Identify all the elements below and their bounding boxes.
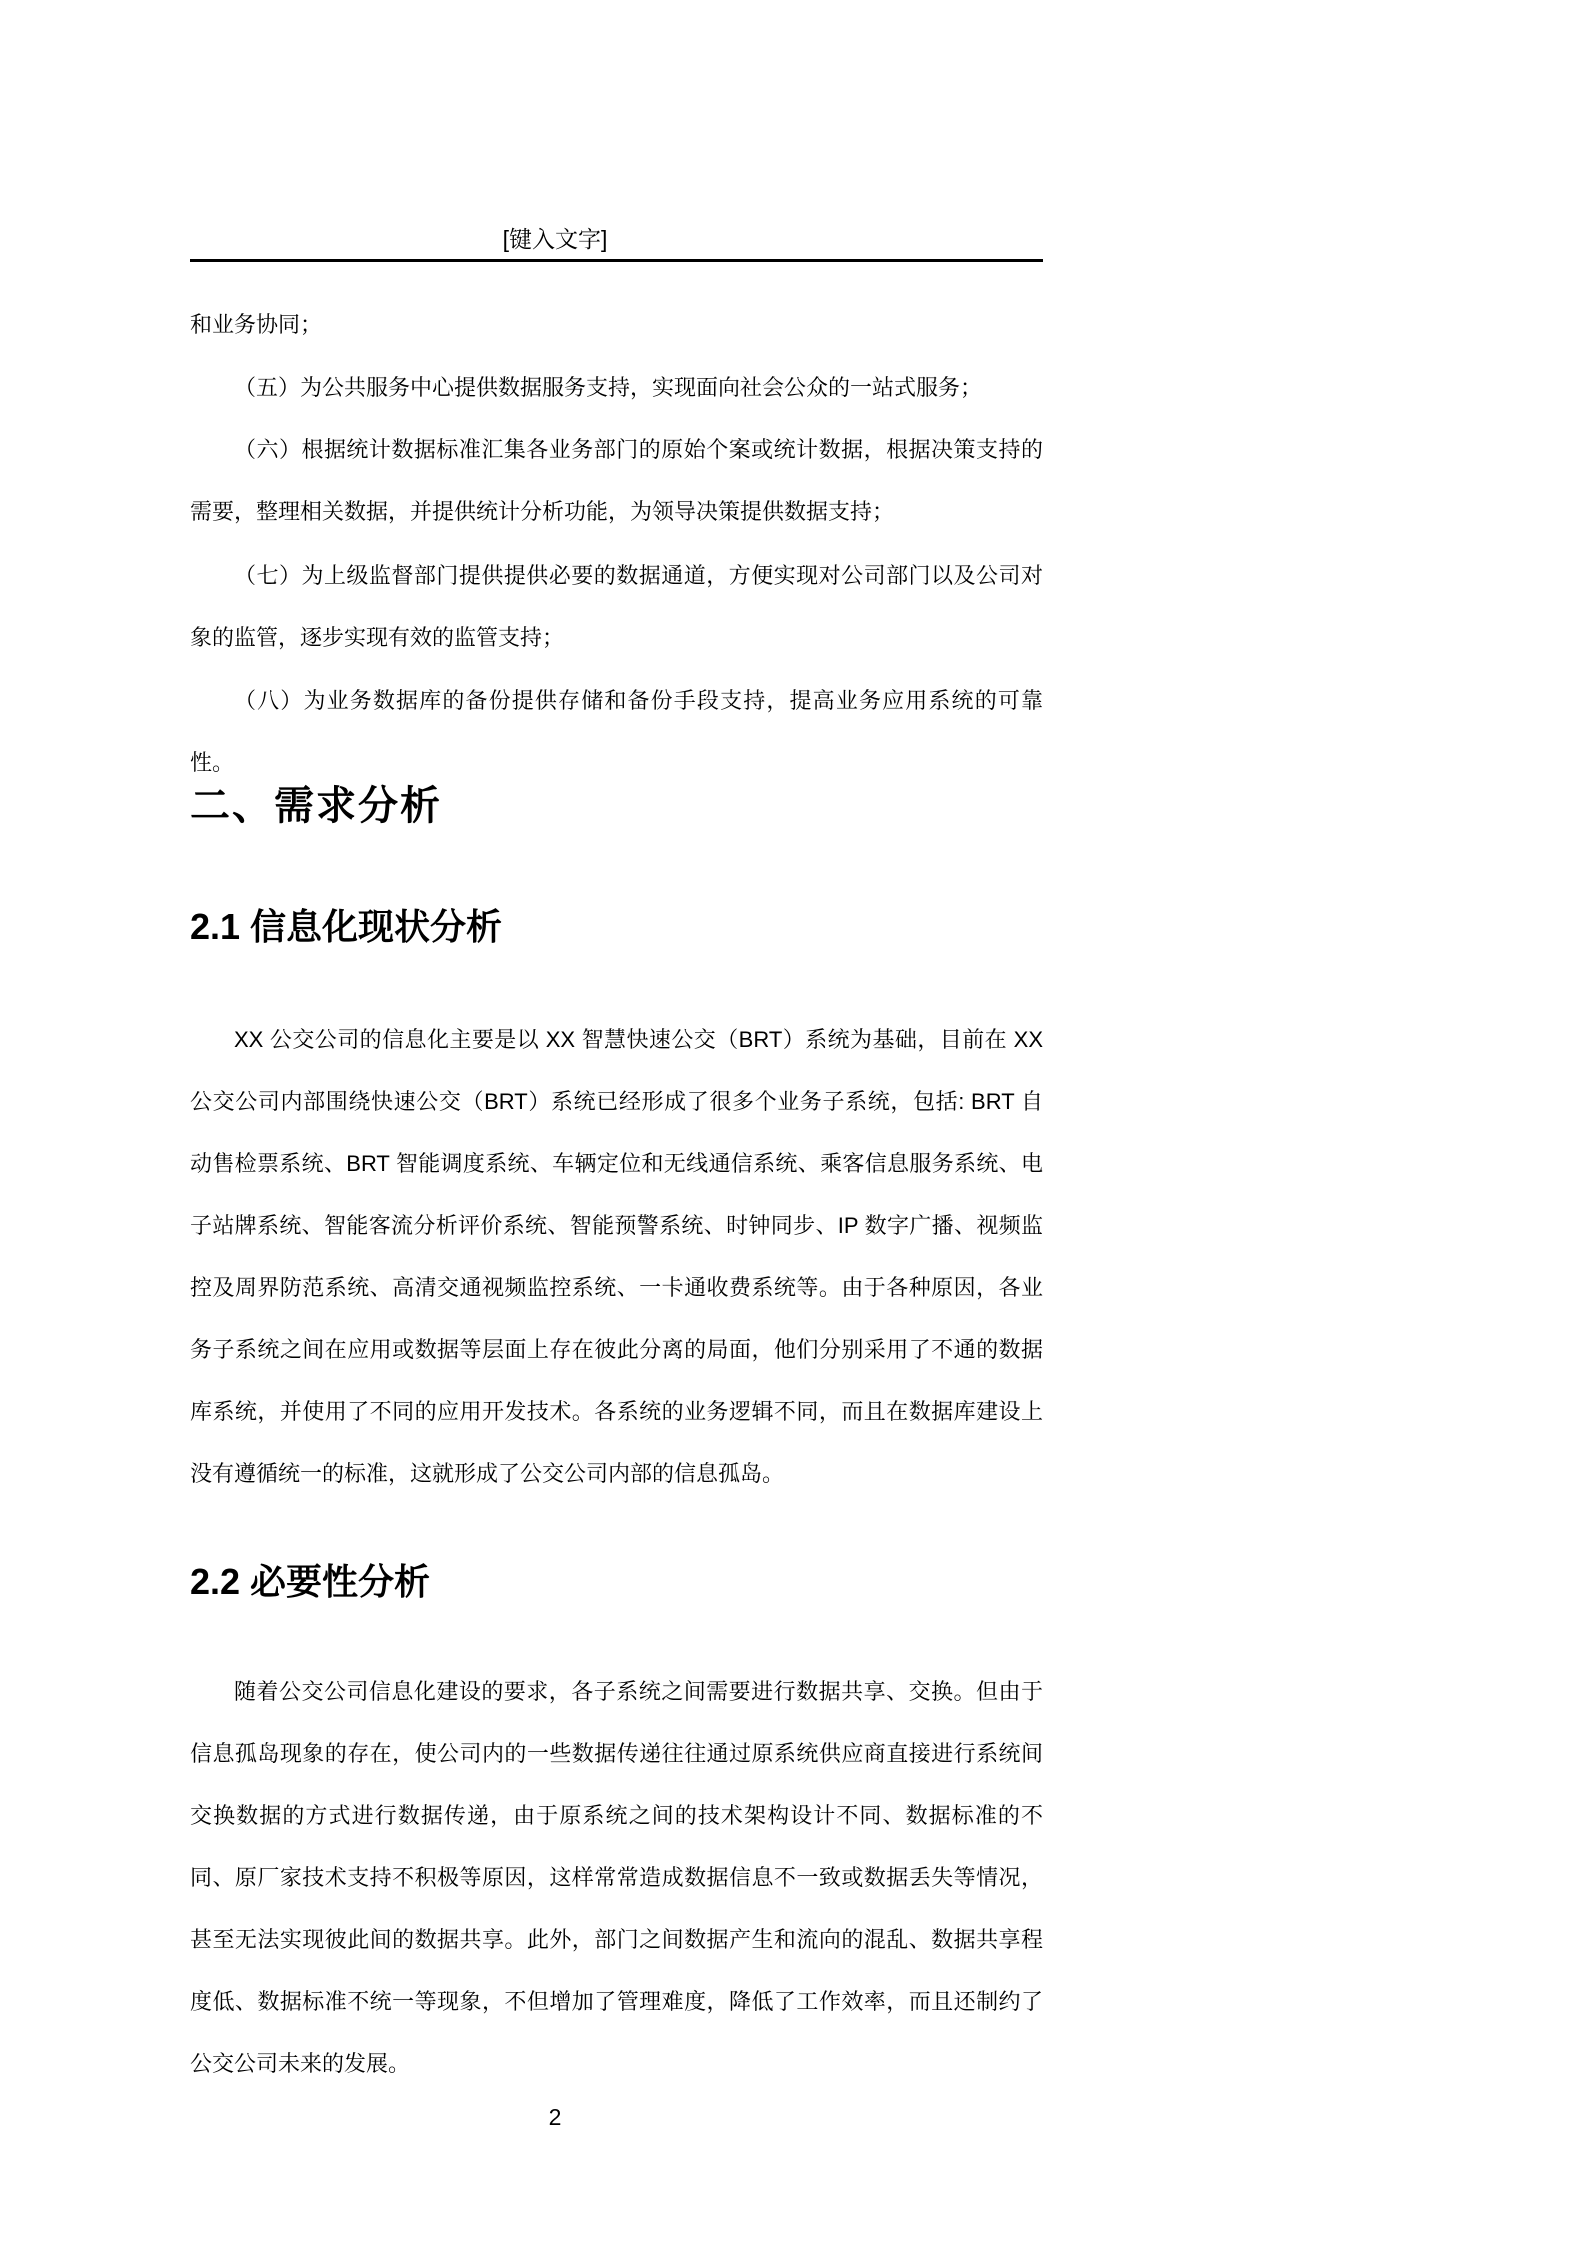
paragraph-item-6: （六）根据统计数据标准汇集各业务部门的原始个案或统计数据，根据决策支持的需要，整…	[190, 419, 1043, 543]
paragraph-item-5: （五）为公共服务中心提供数据服务支持，实现面向社会公众的一站式服务；	[190, 357, 1043, 419]
section-heading-2-1: 2.1 信息化现状分析	[190, 903, 1043, 951]
page-number: 2	[0, 2100, 1110, 2134]
section-heading-2-2: 2.2 必要性分析	[190, 1558, 1043, 1606]
header-divider-line	[190, 259, 1043, 262]
section-2-1-paragraph: XX 公交公司的信息化主要是以 XX 智慧快速公交（BRT）系统为基础，目前在 …	[190, 1009, 1043, 1505]
document-page: [键入文字] 和业务协同； （五）为公共服务中心提供数据服务支持，实现面向社会公…	[0, 0, 1587, 2245]
page-header-text: [键入文字]	[0, 222, 1110, 256]
paragraph-item-8: （八）为业务数据库的备份提供存储和备份手段支持，提高业务应用系统的可靠性。	[190, 670, 1043, 794]
section-2-2-paragraph: 随着公交公司信息化建设的要求，各子系统之间需要进行数据共享、交换。但由于信息孤岛…	[190, 1661, 1043, 2095]
paragraph-continuation: 和业务协同；	[190, 294, 1043, 356]
paragraph-item-7: （七）为上级监督部门提供提供必要的数据通道，方便实现对公司部门以及公司对象的监管…	[190, 545, 1043, 669]
chapter-heading: 二、需求分析	[190, 780, 1043, 832]
